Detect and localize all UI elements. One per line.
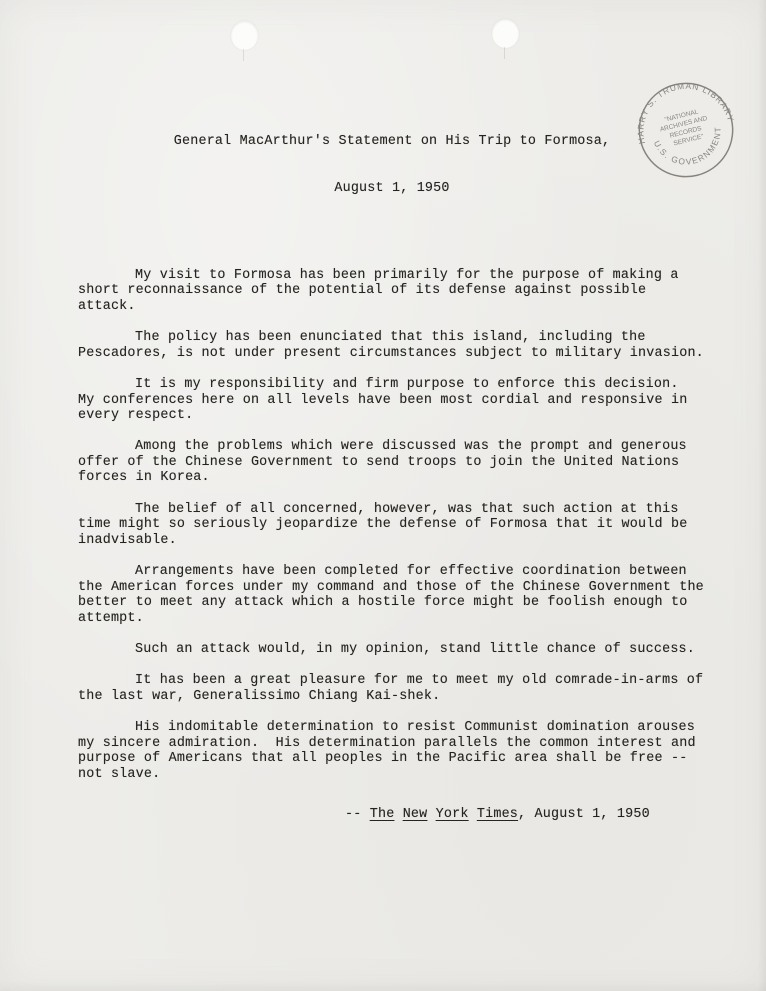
- document-body: My visit to Formosa has been primarily f…: [78, 268, 706, 783]
- title-line-1: General MacArthur's Statement on His Tri…: [78, 134, 706, 150]
- attribution-line: -- The New York Times, August 1, 1950: [345, 807, 706, 823]
- document-title: General MacArthur's Statement on His Tri…: [78, 103, 706, 228]
- attribution-source-word: New: [403, 807, 428, 822]
- punch-hole-right: [492, 19, 519, 48]
- attribution-source: The New York Times: [370, 807, 518, 822]
- paragraph: Such an attack would, in my opinion, sta…: [78, 642, 706, 658]
- paragraph: The belief of all concerned, however, wa…: [78, 502, 706, 549]
- attribution-source-word: Times: [477, 807, 518, 822]
- scanned-document-page: { "page": { "paper_color": "#edece9", "i…: [0, 0, 766, 991]
- document-content: General MacArthur's Statement on His Tri…: [78, 103, 706, 822]
- attribution-suffix: , August 1, 1950: [518, 807, 650, 822]
- paragraph: Among the problems which were discussed …: [78, 439, 706, 486]
- paragraph: His indomitable determination to resist …: [78, 720, 706, 782]
- attribution-source-word: York: [436, 807, 469, 822]
- paragraph: It has been a great pleasure for me to m…: [78, 673, 706, 704]
- paragraph: The policy has been enunciated that this…: [78, 330, 706, 361]
- paragraph: It is my responsibility and firm purpose…: [78, 377, 706, 424]
- title-line-2: August 1, 1950: [78, 181, 706, 197]
- paragraph: Arrangements have been completed for eff…: [78, 564, 706, 626]
- paragraph: My visit to Formosa has been primarily f…: [78, 268, 706, 315]
- attribution-dash: --: [345, 807, 370, 822]
- attribution-source-word: The: [370, 807, 395, 822]
- punch-hole-left: [231, 21, 258, 50]
